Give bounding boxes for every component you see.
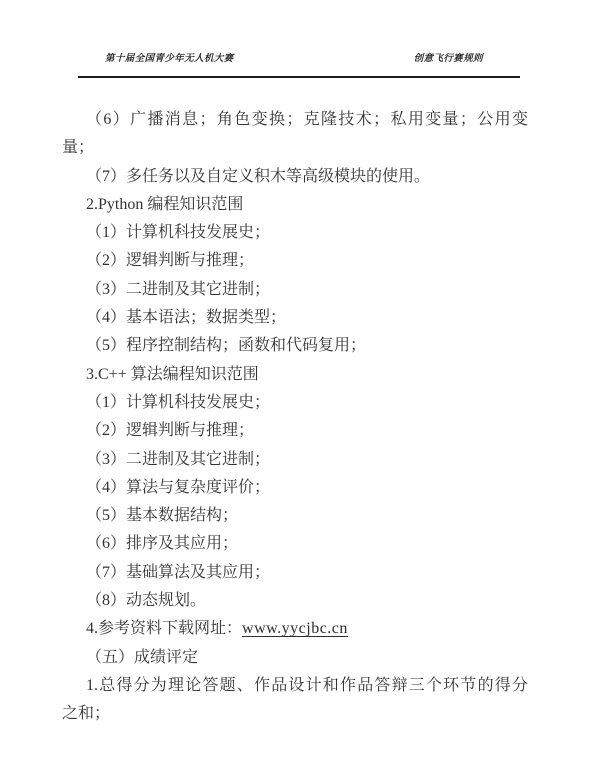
header-left-title: 第十届全国青少年无人机大赛 xyxy=(105,50,234,64)
reference-label: 4.参考资料下载网址： xyxy=(86,620,242,637)
body-line: （7）基础算法及其应用； xyxy=(62,559,528,587)
body-line: 量； xyxy=(62,134,528,162)
reference-url-link[interactable]: www.yycjbc.cn xyxy=(242,620,348,637)
body-line: （4）基本语法；数据类型； xyxy=(62,304,528,332)
body-line: （3）二进制及其它进制； xyxy=(62,446,528,474)
body-line: （五）成绩评定 xyxy=(62,644,528,672)
body-line: （1）计算机科技发展史； xyxy=(62,389,528,417)
body-line: 1.总得分为理论答题、作品设计和作品答辩三个环节的得分 xyxy=(62,672,528,700)
body-line: （3）二进制及其它进制； xyxy=(62,276,528,304)
document-page: 第十届全国青少年无人机大赛 创意飞行赛规则 （6）广播消息；角色变换；克隆技术；… xyxy=(0,0,590,765)
header-right-title: 创意飞行赛规则 xyxy=(414,50,483,64)
body-line: （1）计算机科技发展史； xyxy=(62,219,528,247)
body-line: （2）逻辑判断与推理； xyxy=(62,417,528,445)
body-line-reference: 4.参考资料下载网址：www.yycjbc.cn xyxy=(62,615,528,643)
body-line: （6）排序及其应用； xyxy=(62,530,528,558)
body-line: （4）算法与复杂度评价； xyxy=(62,474,528,502)
body-line: （5）程序控制结构；函数和代码复用； xyxy=(62,332,528,360)
header-rule xyxy=(78,76,520,78)
body-line: 3.C++ 算法编程知识范围 xyxy=(62,361,528,389)
body-line: （6）广播消息；角色变换；克隆技术；私用变量；公用变 xyxy=(62,106,528,134)
body-line: （8）动态规划。 xyxy=(62,587,528,615)
body-line: （5）基本数据结构； xyxy=(62,502,528,530)
document-body: （6）广播消息；角色变换；克隆技术；私用变量；公用变 量； （7）多任务以及自定… xyxy=(62,106,528,729)
body-line: 之和； xyxy=(62,700,528,728)
body-line: （7）多任务以及自定义积木等高级模块的使用。 xyxy=(62,163,528,191)
body-line: （2）逻辑判断与推理； xyxy=(62,247,528,275)
body-line: 2.Python 编程知识范围 xyxy=(62,191,528,219)
